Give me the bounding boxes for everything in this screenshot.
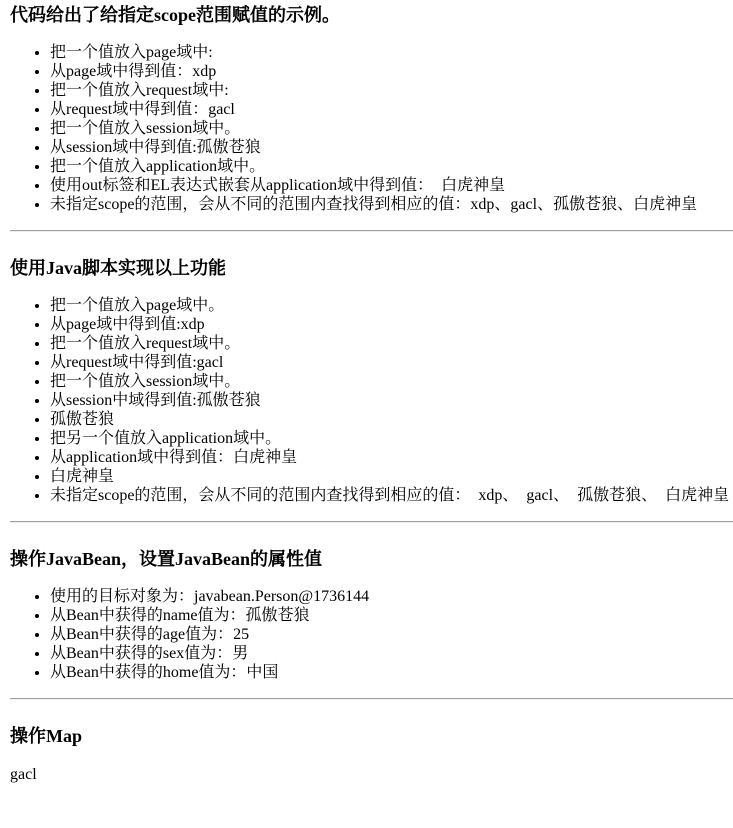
- list-item: 从application域中得到值：白虎神皇: [50, 448, 733, 467]
- list-item: 未指定scope的范围，会从不同的范围内查找得到相应的值： xdp、 gacl、…: [50, 486, 733, 505]
- list-item: 从session域中得到值:孤傲苍狼: [50, 138, 733, 157]
- divider: [10, 230, 733, 232]
- list-item: 孤傲苍狼: [50, 410, 733, 429]
- section-javabean: 操作JavaBean，设置JavaBean的属性值 使用的目标对象为：javab…: [10, 548, 733, 682]
- section-scope-example: 代码给出了给指定scope范围赋值的示例。 把一个值放入page域中: 从pag…: [10, 0, 733, 214]
- list-item: 使用的目标对象为：javabean.Person@1736144: [50, 587, 733, 606]
- list-item: 从Bean中获得的home值为：中国: [50, 663, 733, 682]
- list-item: 把一个值放入page域中:: [50, 43, 733, 62]
- list-item: 把一个值放入request域中:: [50, 81, 733, 100]
- list-item: 把一个值放入page域中。: [50, 296, 733, 315]
- list-item: 未指定scope的范围，会从不同的范围内查找得到相应的值：xdp、gacl、孤傲…: [50, 195, 733, 214]
- map-value: gacl: [10, 765, 733, 784]
- list-item: 把一个值放入session域中。: [50, 119, 733, 138]
- list-item: 把另一个值放入application域中。: [50, 429, 733, 448]
- divider: [10, 698, 733, 700]
- list-item: 从request域中得到值:gacl: [50, 353, 733, 372]
- list-item: 白虎神皇: [50, 467, 733, 486]
- section-map: 操作Map gacl: [10, 725, 733, 784]
- section-heading: 使用Java脚本实现以上功能: [10, 257, 733, 279]
- list-item: 把一个值放入session域中。: [50, 372, 733, 391]
- list-item: 从Bean中获得的sex值为：男: [50, 644, 733, 663]
- section-heading: 代码给出了给指定scope范围赋值的示例。: [10, 0, 733, 26]
- page-content: 代码给出了给指定scope范围赋值的示例。 把一个值放入page域中: 从pag…: [0, 0, 733, 784]
- list-item: 从Bean中获得的age值为：25: [50, 625, 733, 644]
- result-list: 使用的目标对象为：javabean.Person@1736144 从Bean中获…: [10, 587, 733, 682]
- list-item: 把一个值放入request域中。: [50, 334, 733, 353]
- list-item: 把一个值放入application域中。: [50, 157, 733, 176]
- list-item: 从session中域得到值:孤傲苍狼: [50, 391, 733, 410]
- result-list: 把一个值放入page域中。 从page域中得到值:xdp 把一个值放入reque…: [10, 296, 733, 505]
- result-list: 把一个值放入page域中: 从page域中得到值：xdp 把一个值放入reque…: [10, 43, 733, 214]
- section-heading: 操作Map: [10, 725, 733, 747]
- list-item: 从Bean中获得的name值为：孤傲苍狼: [50, 606, 733, 625]
- list-item: 从page域中得到值：xdp: [50, 62, 733, 81]
- divider: [10, 521, 733, 523]
- list-item: 从request域中得到值：gacl: [50, 100, 733, 119]
- list-item: 从page域中得到值:xdp: [50, 315, 733, 334]
- section-java-script: 使用Java脚本实现以上功能 把一个值放入page域中。 从page域中得到值:…: [10, 257, 733, 505]
- section-heading: 操作JavaBean，设置JavaBean的属性值: [10, 548, 733, 570]
- list-item: 使用out标签和EL表达式嵌套从application域中得到值： 白虎神皇: [50, 176, 733, 195]
